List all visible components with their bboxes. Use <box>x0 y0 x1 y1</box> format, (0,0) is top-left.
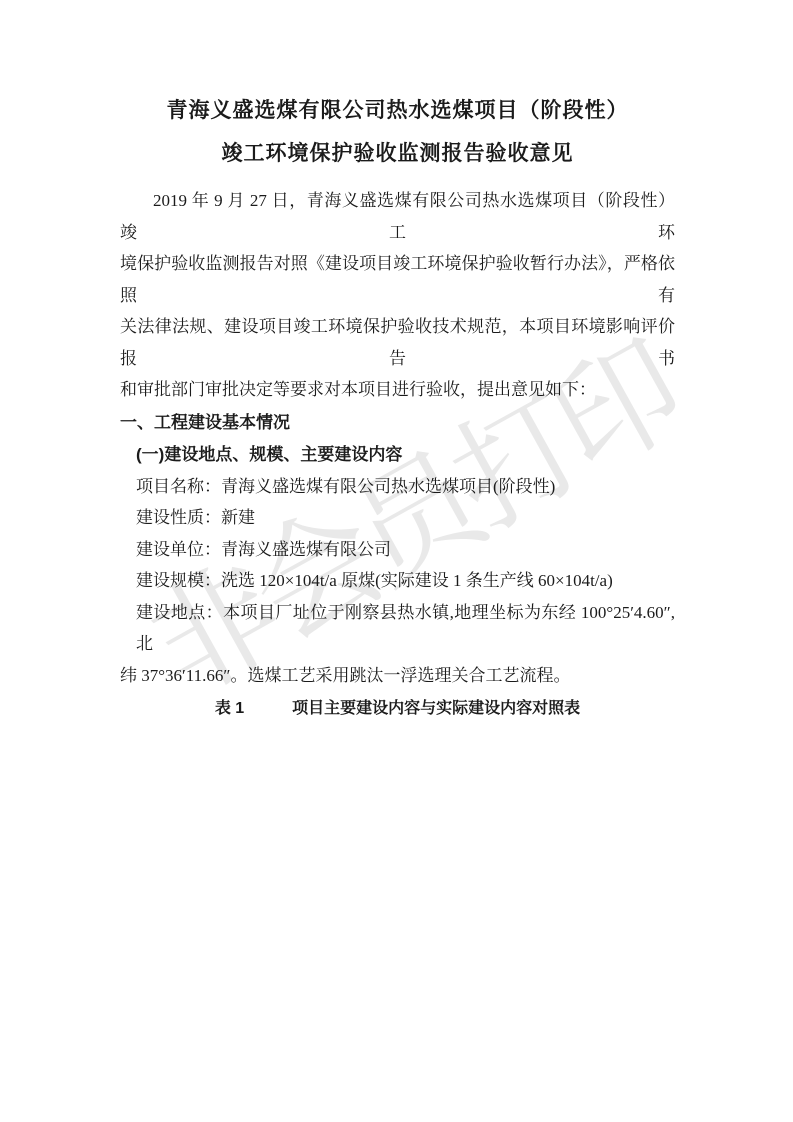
table-caption: 表 1 项目主要建设内容与实际建设内容对照表 <box>120 693 675 725</box>
detail-line-build-unit: 建设单位：青海义盛选煤有限公司 <box>120 534 675 566</box>
doc-title-line2: 竣工环境保护验收监测报告验收意见 <box>120 140 675 168</box>
detail-line-build-location: 建设地点：本项目厂址位于刚察县热水镇,地理坐标为东经 100°25′4.60″,… <box>120 597 675 660</box>
table-caption-label: 表 1 <box>215 693 244 725</box>
table-caption-title: 项目主要建设内容与实际建设内容对照表 <box>292 693 580 725</box>
intro-paragraph: 2019 年 9 月 27 日，青海义盛选煤有限公司热水选煤项目（阶段性）竣工环… <box>120 185 675 406</box>
document-content: 青海义盛选煤有限公司热水选煤项目（阶段性） 竣工环境保护验收监测报告验收意见 2… <box>0 0 793 725</box>
paragraph-line: 关法律法规、建设项目竣工环境保护验收技术规范，本项目环境影响评价报告书 <box>120 311 675 374</box>
document-page: 非会员打印 青海义盛选煤有限公司热水选煤项目（阶段性） 竣工环境保护验收监测报告… <box>0 0 793 1122</box>
paragraph-line: 2019 年 9 月 27 日，青海义盛选煤有限公司热水选煤项目（阶段性）竣工环 <box>120 185 675 248</box>
detail-line-project-name: 项目名称：青海义盛选煤有限公司热水选煤项目(阶段性) <box>120 471 675 503</box>
detail-line-build-location-cont: 纬 37°36′11.66″。选煤工艺采用跳汰一浮选理关合工艺流程。 <box>120 660 675 692</box>
paragraph-line: 境保护验收监测报告对照《建设项目竣工环境保护验收暂行办法》，严格依照有 <box>120 248 675 311</box>
doc-title-line1: 青海义盛选煤有限公司热水选煤项目（阶段性） <box>120 97 675 125</box>
detail-line-build-scale: 建设规模：洗选 120×104t/a 原煤(实际建设 1 条生产线 60×104… <box>120 565 675 597</box>
section-heading: 一、工程建设基本情况 <box>120 407 675 439</box>
paragraph-line: 和审批部门审批决定等要求对本项目进行验收，提出意见如下： <box>120 374 675 406</box>
project-details: 项目名称：青海义盛选煤有限公司热水选煤项目(阶段性) 建设性质：新建 建设单位：… <box>120 471 675 692</box>
subsection-heading: (一)建设地点、规模、主要建设内容 <box>120 439 675 471</box>
detail-line-build-nature: 建设性质：新建 <box>120 502 675 534</box>
